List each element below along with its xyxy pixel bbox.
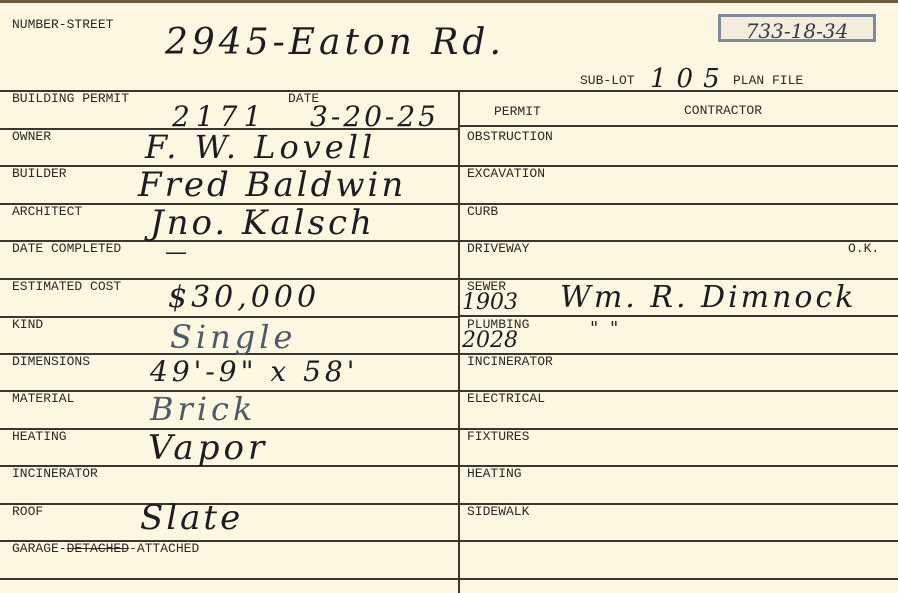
kind-label: KIND (12, 317, 43, 332)
builder-label: BUILDER (12, 166, 67, 181)
row-divider (0, 578, 458, 580)
material-value: Brick (150, 390, 256, 428)
permit-obstruction-label: OBSTRUCTION (467, 129, 553, 144)
material-label: MATERIAL (12, 391, 74, 406)
dimensions-label: DIMENSIONS (12, 354, 90, 369)
builder-value: Fred Baldwin (138, 165, 406, 205)
garage-prefix: GARAGE- (12, 541, 67, 556)
permit-sewer-number: 1903 (462, 290, 518, 315)
divider (0, 90, 898, 92)
garage-label: GARAGE-DETACHED-ATTACHED (12, 541, 199, 556)
permit-plumbing-contractor: " " (590, 318, 621, 339)
building-permit-label: BUILDING PERMIT (12, 91, 129, 106)
permit-curb-label: CURB (467, 204, 498, 219)
permit-incinerator-label: INCINERATOR (467, 354, 553, 369)
row-divider (458, 125, 898, 127)
row-divider (458, 203, 898, 205)
card-top-edge (0, 0, 898, 3)
date-completed-value: — (165, 240, 187, 265)
permit-sewer-contractor: Wm. R. Dimnock (560, 280, 856, 315)
row-divider (458, 578, 898, 580)
date-value: 3-20-25 (310, 100, 439, 133)
kind-value: Single (170, 318, 296, 356)
roof-value: Slate (140, 498, 243, 538)
estimated-cost-label: ESTIMATED COST (12, 279, 121, 294)
permit-fixtures-label: FIXTURES (467, 429, 529, 444)
garage-detached-struck: DETACHED (67, 541, 129, 556)
permit-excavation-label: EXCAVATION (467, 166, 545, 181)
permit-sidewalk-label: SIDEWALK (467, 504, 529, 519)
garage-suffix: -ATTACHED (129, 541, 199, 556)
dimensions-value: 49'-9" x 58' (150, 355, 358, 388)
owner-value: F. W. Lovell (145, 128, 376, 166)
date-completed-label: DATE COMPLETED (12, 241, 121, 256)
heating-label: HEATING (12, 429, 67, 444)
architect-value: Jno. Kalsch (150, 203, 375, 243)
permit-card: NUMBER-STREET 2945-Eaton Rd. 733-18-34 S… (0, 0, 898, 593)
number-street-label: NUMBER-STREET (12, 17, 113, 32)
permit-header: PERMIT (494, 104, 541, 119)
architect-label: ARCHITECT (12, 204, 82, 219)
file-number-stamp: 733-18-34 (718, 14, 876, 42)
estimated-cost-value: $30,000 (168, 280, 320, 315)
incinerator-label: INCINERATOR (12, 466, 98, 481)
contractor-header: CONTRACTOR (684, 103, 762, 118)
heating-value: Vapor (148, 428, 268, 468)
owner-label: OWNER (12, 129, 51, 144)
permit-driveway-note: O.K. (848, 241, 879, 256)
row-divider (458, 540, 898, 542)
permit-plumbing-number: 2028 (462, 328, 518, 353)
sub-lot-label: SUB-LOT (580, 73, 635, 88)
permit-driveway-label: DRIVEWAY (467, 241, 529, 256)
plan-file-label: PLAN FILE (733, 73, 803, 88)
permit-heating-label: HEATING (467, 466, 522, 481)
roof-label: ROOF (12, 504, 43, 519)
number-street-value: 2945-Eaton Rd. (165, 22, 505, 63)
row-divider (458, 465, 898, 467)
permit-electrical-label: ELECTRICAL (467, 391, 545, 406)
